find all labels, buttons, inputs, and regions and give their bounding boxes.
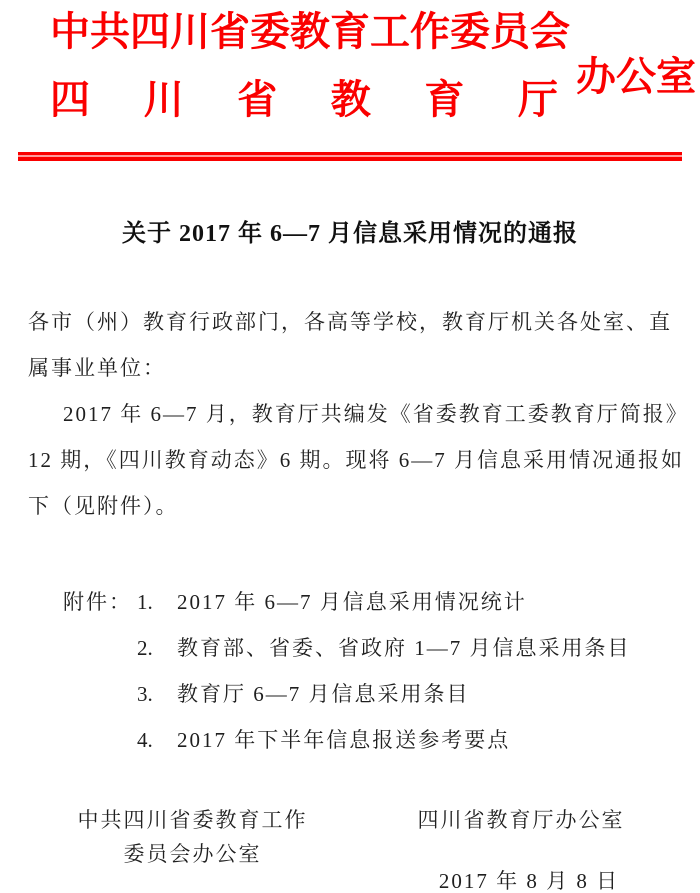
letterhead-org-line2: 四 川 省 教 育 厅 [50, 80, 558, 120]
letterhead-char: 育 [424, 80, 464, 120]
letterhead-divider-rule [18, 152, 682, 161]
letterhead: 中共四川省委教育工作委员会 四 川 省 教 育 厅 办公室 [0, 0, 700, 120]
attachment-title: 2017 年 6—7 月信息采用情况统计 [177, 579, 527, 625]
attachment-number: 3. [137, 671, 177, 717]
attachment-label: 附件： [63, 579, 137, 625]
paragraph-line-3: 下（见附件）。 [28, 483, 672, 529]
signature-block: 中共四川省委教育工作 委员会办公室 四川省教育厅办公室 2017 年 8 月 8… [0, 803, 700, 893]
attachment-gutter [0, 625, 63, 671]
signature-date: 2017 年 8 月 8 日 [410, 864, 632, 893]
attachment-item: 4. 2017 年下半年信息报送参考要点 [0, 717, 700, 763]
attachment-number: 2. [137, 625, 177, 671]
salutation-line-2: 属事业单位： [28, 345, 672, 391]
paragraph-line-2: 12 期，《四川教育动态》6 期。现将 6—7 月信息采用情况通报如 [28, 437, 672, 483]
attachment-spacer [63, 717, 137, 763]
attachment-item: 3. 教育厅 6—7 月信息采用条目 [0, 671, 700, 717]
salutation-line-1: 各市（州）教育行政部门，各高等学校，教育厅机关各处室、直 [28, 299, 672, 345]
signature-left-line-2: 委员会办公室 [70, 837, 315, 871]
attachment-title: 教育厅 6—7 月信息采用条目 [177, 671, 470, 717]
signature-right-line: 四川省教育厅办公室 [410, 803, 632, 837]
attachment-gutter [0, 671, 63, 717]
signature-left-org: 中共四川省委教育工作 委员会办公室 [70, 803, 315, 893]
document-page: 中共四川省委教育工作委员会 四 川 省 教 育 厅 办公室 关于 2017 年 … [0, 0, 700, 893]
signature-right-org: 四川省教育厅办公室 2017 年 8 月 8 日 [410, 803, 632, 893]
attachment-title: 2017 年下半年信息报送参考要点 [177, 717, 510, 763]
attachment-number: 4. [137, 717, 177, 763]
letterhead-office-suffix: 办公室 [576, 57, 696, 120]
signature-left-line-1: 中共四川省委教育工作 [70, 803, 315, 837]
letterhead-char: 厅 [518, 80, 558, 120]
attachment-title: 教育部、省委、省政府 1—7 月信息采用条目 [177, 625, 631, 671]
letterhead-org-block: 中共四川省委教育工作委员会 四 川 省 教 育 厅 [50, 12, 576, 120]
attachment-gutter [0, 579, 63, 625]
attachment-spacer [63, 671, 137, 717]
letterhead-char: 川 [144, 80, 184, 120]
letterhead-char: 四 [50, 80, 90, 120]
letterhead-org-line1: 中共四川省委教育工作委员会 [50, 12, 576, 52]
letterhead-char: 教 [331, 80, 371, 120]
paragraph-line-1: 2017 年 6—7 月，教育厅共编发《省委教育工委教育厅简报》 [28, 391, 672, 437]
attachment-spacer [63, 625, 137, 671]
document-body: 各市（州）教育行政部门，各高等学校，教育厅机关各处室、直 属事业单位： 2017… [28, 299, 672, 529]
attachment-number: 1. [137, 579, 177, 625]
attachment-list: 附件： 1. 2017 年 6—7 月信息采用情况统计 2. 教育部、省委、省政… [0, 579, 700, 763]
attachment-item: 附件： 1. 2017 年 6—7 月信息采用情况统计 [0, 579, 700, 625]
document-title: 关于 2017 年 6—7 月信息采用情况的通报 [0, 217, 700, 251]
letterhead-char: 省 [237, 80, 277, 120]
attachment-gutter [0, 717, 63, 763]
attachment-item: 2. 教育部、省委、省政府 1—7 月信息采用条目 [0, 625, 700, 671]
